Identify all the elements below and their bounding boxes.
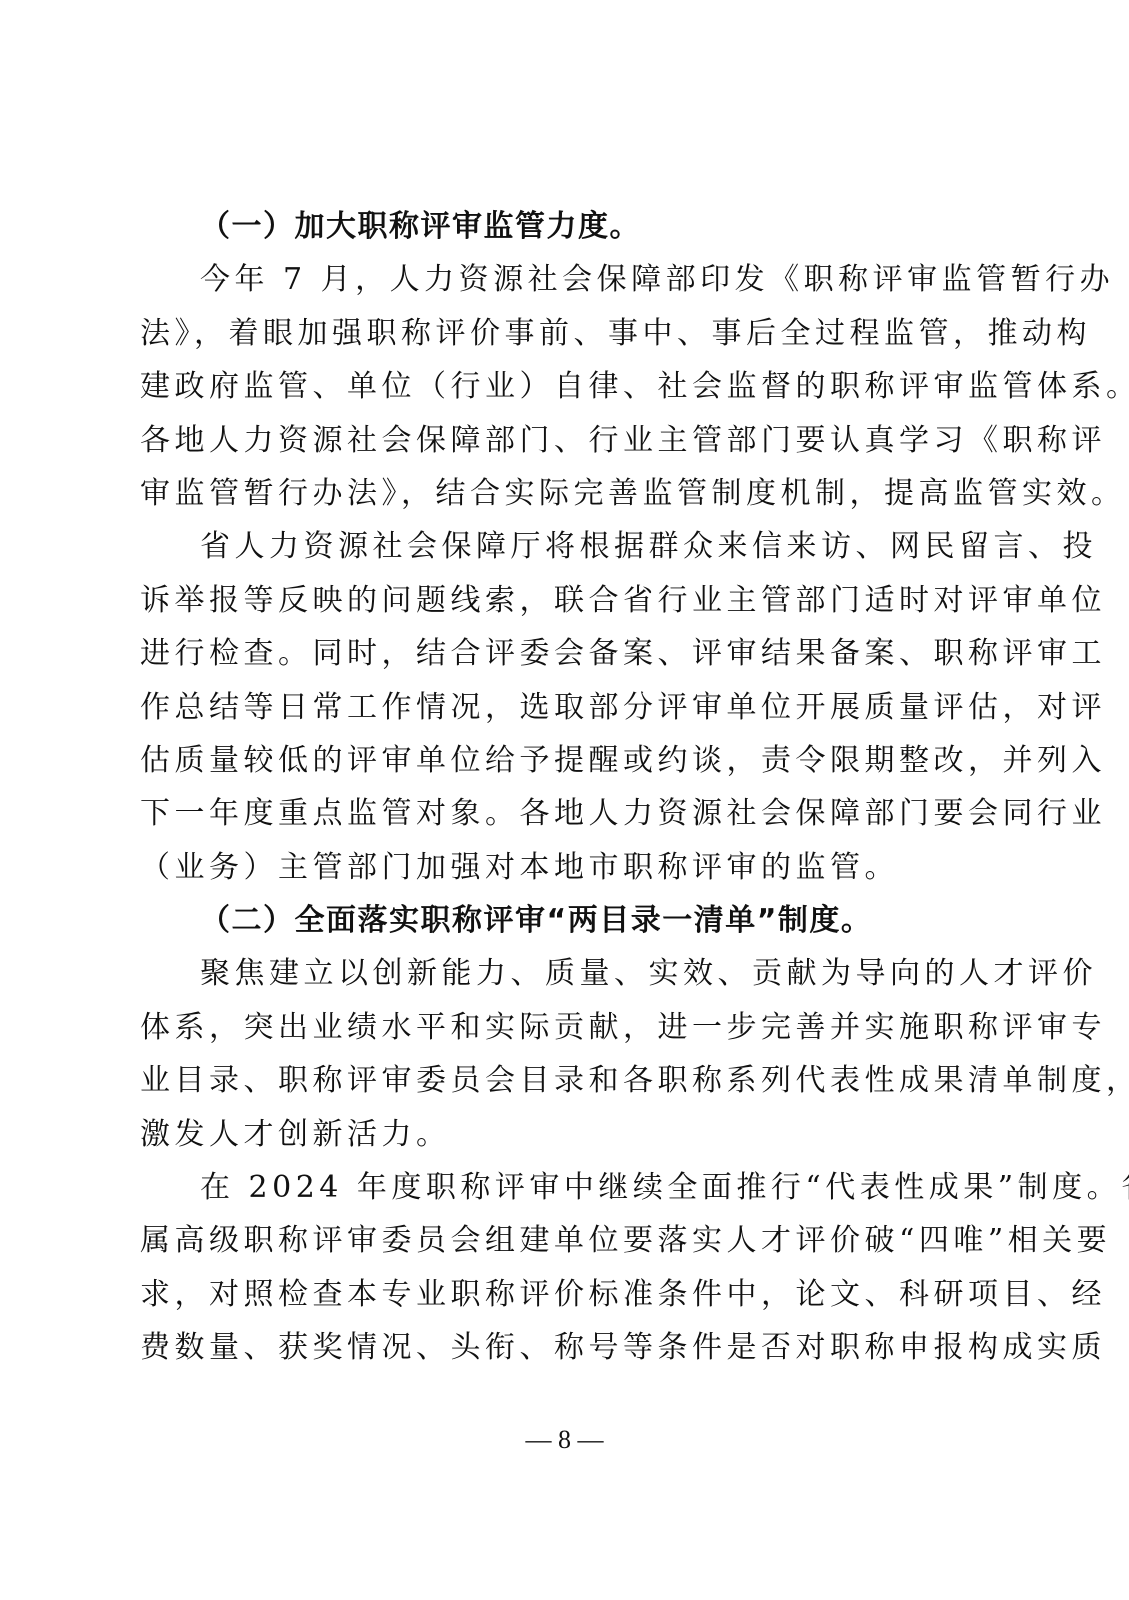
text-line: （业务）主管部门加强对本地市职称评审的监管。 (140, 841, 962, 894)
text-line: 各地人力资源社会保障部门、行业主管部门要认真学习《职称评 (140, 414, 962, 467)
text-line: 诉举报等反映的问题线索，联合省行业主管部门适时对评审单位 (140, 574, 962, 627)
text-line: 建政府监管、单位（行业）自律、社会监督的职称评审监管体系。 (140, 360, 962, 413)
text-line: 在 2024 年度职称评审中继续全面推行“代表性成果”制度。省 (140, 1161, 962, 1214)
section-heading-2: （二）全面落实职称评审“两目录一清单”制度。 (140, 894, 962, 947)
document-page: （一）加大职称评审监管力度。 今年 7 月，人力资源社会保障部印发《职称评审监管… (140, 200, 962, 1375)
text-line: 省人力资源社会保障厅将根据群众来信来访、网民留言、投 (140, 520, 962, 573)
text-line: 业目录、职称评审委员会目录和各职称系列代表性成果清单制度， (140, 1054, 962, 1107)
text-line: 下一年度重点监管对象。各地人力资源社会保障部门要会同行业 (140, 787, 962, 840)
section-heading-1: （一）加大职称评审监管力度。 (140, 200, 962, 253)
text-line: 进行检查。同时，结合评委会备案、评审结果备案、职称评审工 (140, 627, 962, 680)
paragraph-1: 今年 7 月，人力资源社会保障部印发《职称评审监管暂行办 法》，着眼加强职称评价… (140, 253, 962, 520)
text-line: 估质量较低的评审单位给予提醒或约谈，责令限期整改，并列入 (140, 734, 962, 787)
text-line: 聚焦建立以创新能力、质量、实效、贡献为导向的人才评价 (140, 947, 962, 1000)
text-line: 费数量、获奖情况、头衔、称号等条件是否对职称申报构成实质 (140, 1321, 962, 1374)
paragraph-3: 聚焦建立以创新能力、质量、实效、贡献为导向的人才评价 体系，突出业绩水平和实际贡… (140, 947, 962, 1161)
text-line: 激发人才创新活力。 (140, 1108, 962, 1161)
text-line: 属高级职称评审委员会组建单位要落实人才评价破“四唯”相关要 (140, 1214, 962, 1267)
text-line: 体系，突出业绩水平和实际贡献，进一步完善并实施职称评审专 (140, 1001, 962, 1054)
text-line: 求，对照检查本专业职称评价标准条件中，论文、科研项目、经 (140, 1268, 962, 1321)
paragraph-2: 省人力资源社会保障厅将根据群众来信来访、网民留言、投 诉举报等反映的问题线索，联… (140, 520, 962, 894)
text-line: 审监管暂行办法》，结合实际完善监管制度机制，提高监管实效。 (140, 467, 962, 520)
text-line: 法》，着眼加强职称评价事前、事中、事后全过程监管，推动构 (140, 307, 962, 360)
text-line: 今年 7 月，人力资源社会保障部印发《职称评审监管暂行办 (140, 253, 962, 306)
paragraph-4: 在 2024 年度职称评审中继续全面推行“代表性成果”制度。省 属高级职称评审委… (140, 1161, 962, 1375)
text-line: 作总结等日常工作情况，选取部分评审单位开展质量评估，对评 (140, 681, 962, 734)
page-number: — 8 — (0, 1425, 1129, 1455)
